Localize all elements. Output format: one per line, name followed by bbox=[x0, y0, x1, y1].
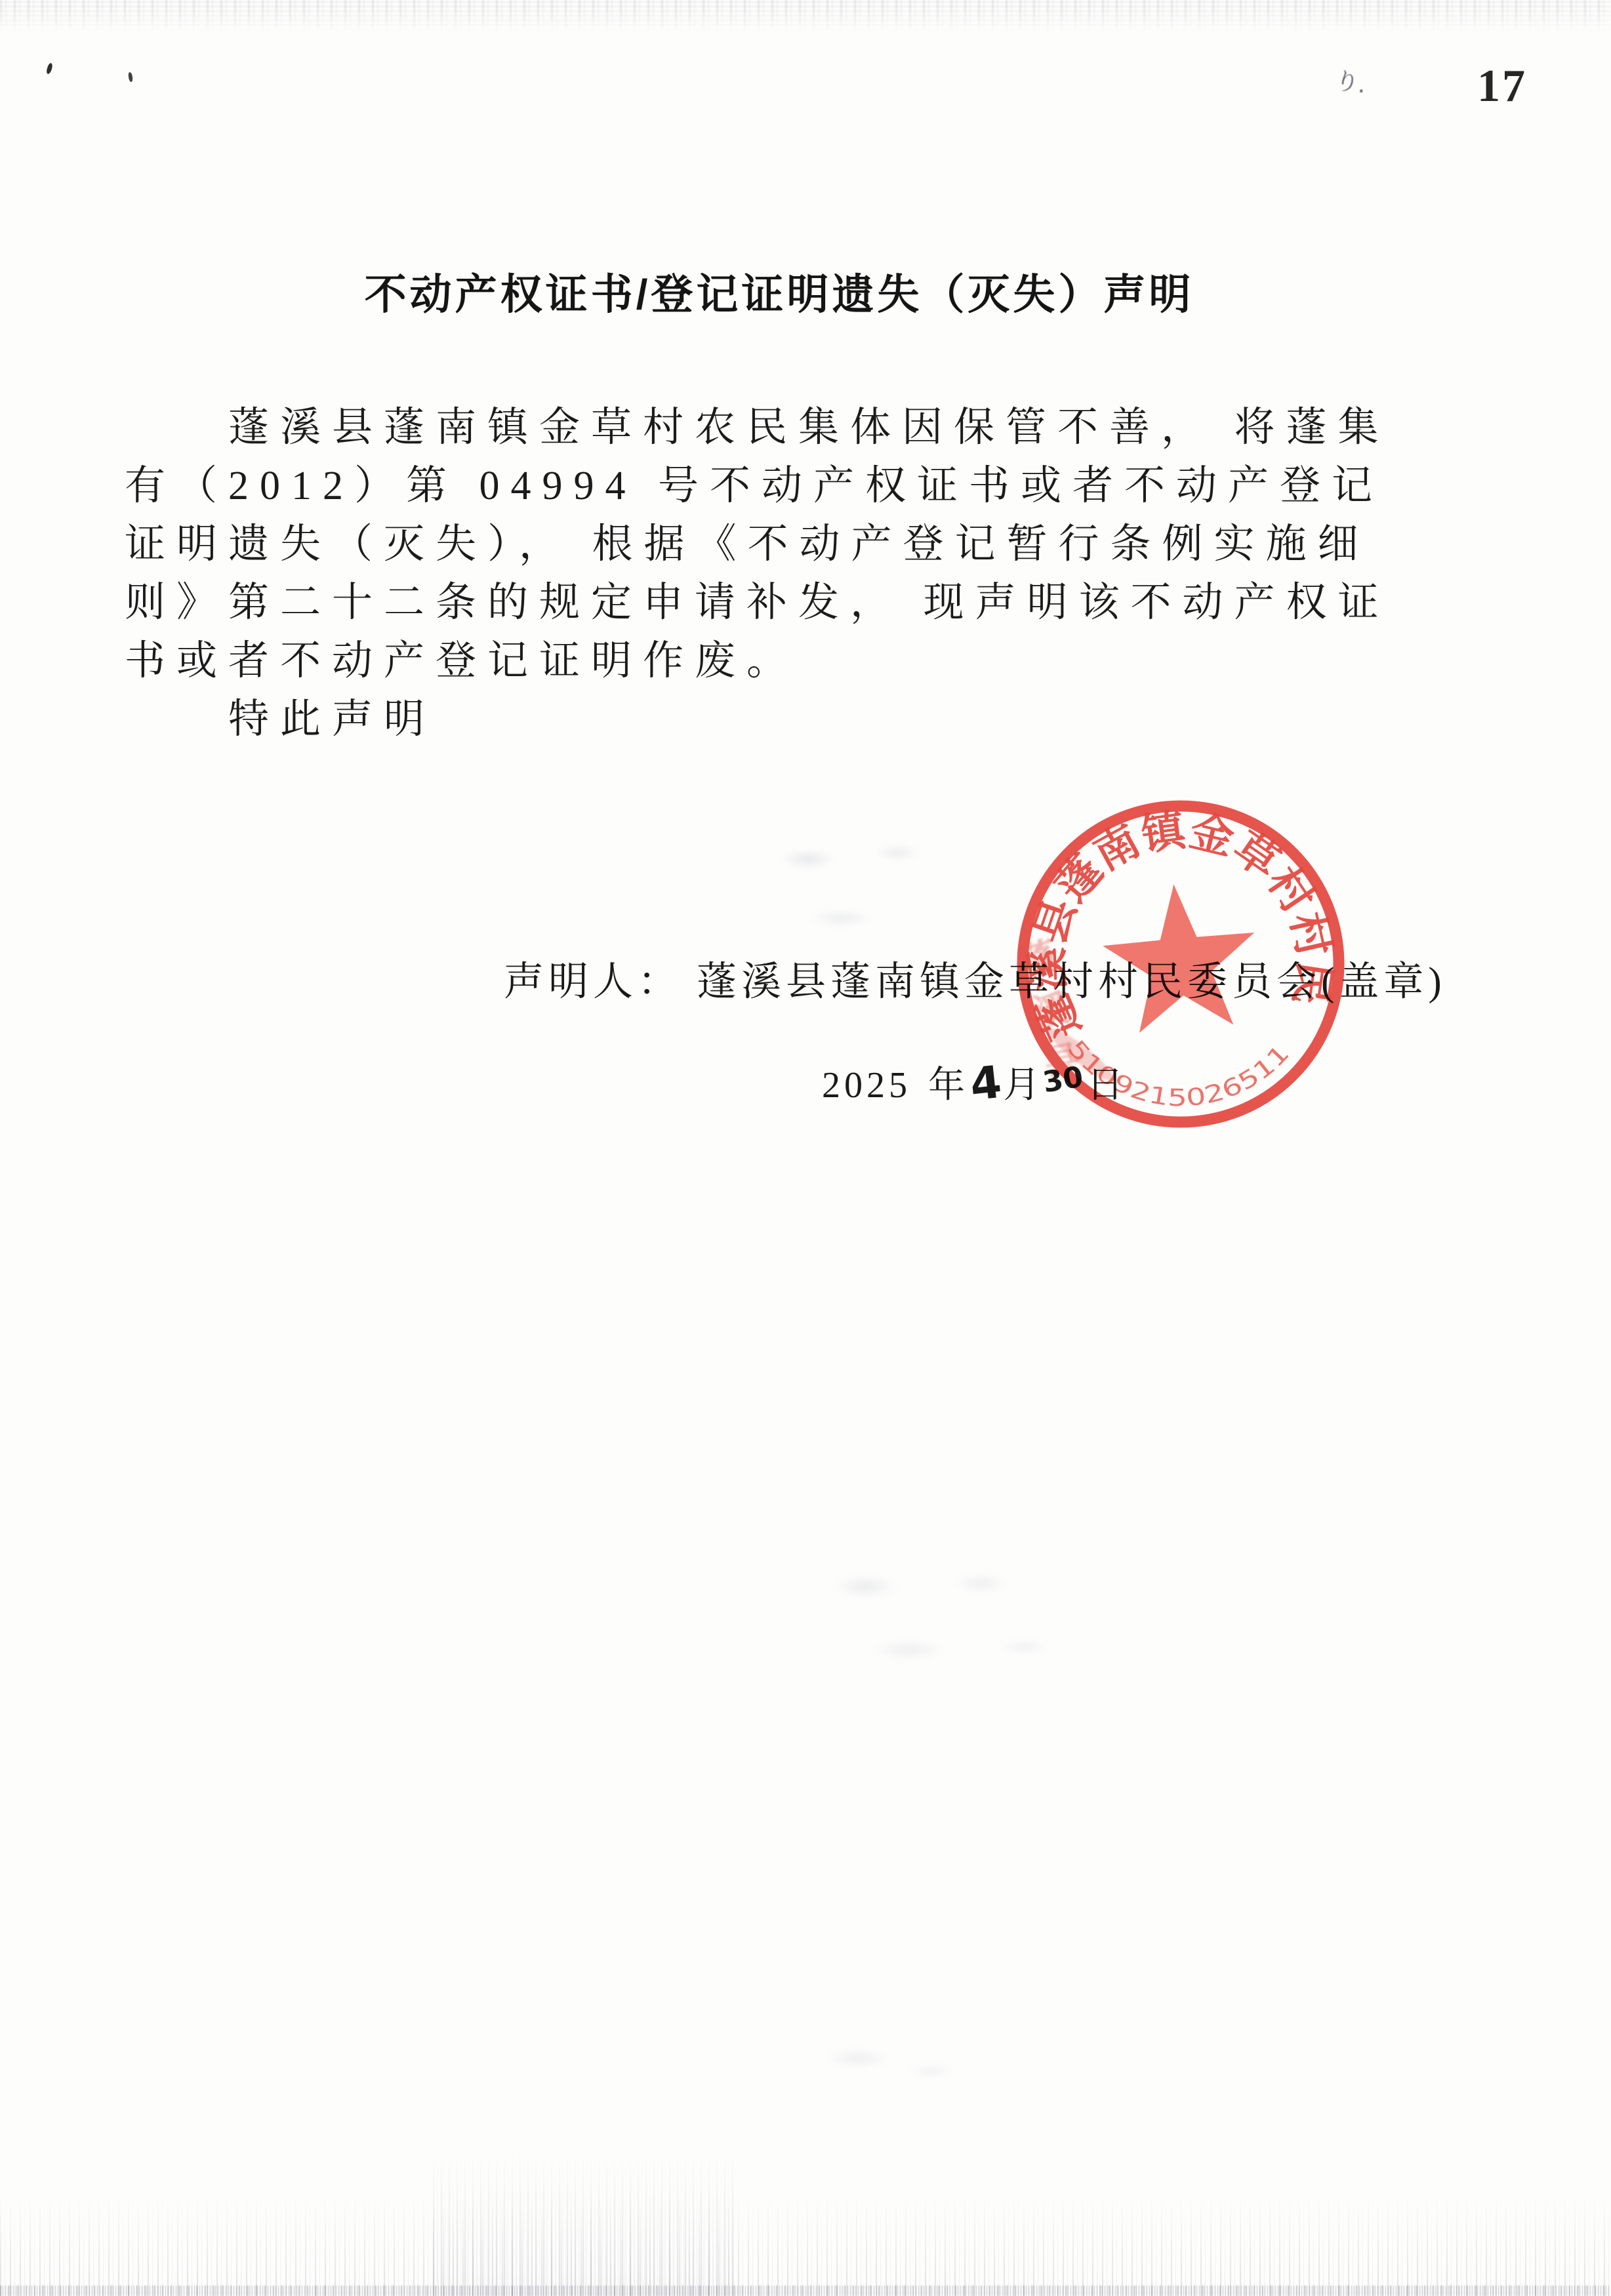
ink-speck bbox=[46, 62, 54, 74]
bleed-through-smudge bbox=[794, 1541, 1082, 1692]
body-line: 证明遗失（灭失）， 根据《不动产登记暂行条例实施细 bbox=[125, 515, 1450, 574]
stray-ink-mark: り. bbox=[1333, 62, 1370, 100]
date-month-handwritten: 4 bbox=[968, 1057, 1005, 1112]
date-day-handwritten: 30 bbox=[1041, 1060, 1086, 1100]
bleed-through-smudge bbox=[741, 820, 964, 951]
scan-noise-bottom bbox=[433, 2145, 735, 2296]
body-line: 则》第二十二条的规定申请补发， 现声明该不动产权证 bbox=[125, 574, 1450, 632]
declarant-label: 声明人： bbox=[504, 960, 682, 1004]
body-paragraph: 蓬溪县蓬南镇金草村农民集体因保管不善， 将蓬集 有（2012）第 04994 号… bbox=[125, 399, 1450, 749]
body-line: 书或者不动产登记证明作废。 bbox=[125, 632, 1450, 691]
scan-noise-bottom-edge bbox=[0, 2286, 1611, 2296]
document-title: 不动产权证书/登记证明遗失（灭失）声明 bbox=[0, 261, 1585, 321]
scan-noise-top bbox=[0, 0, 1611, 39]
body-line: 蓬溪县蓬南镇金草村农民集体因保管不善， 将蓬集 bbox=[125, 399, 1450, 457]
date-month-unit: 月 bbox=[1003, 1065, 1041, 1106]
ink-speck bbox=[128, 72, 133, 83]
date-year: 2025 bbox=[822, 1065, 911, 1106]
declarant-line: 声明人：蓬溪县蓬南镇金草村村民委员会(盖章) bbox=[504, 950, 1446, 1007]
body-line: 有（2012）第 04994 号不动产权证书或者不动产登记 bbox=[125, 457, 1450, 515]
scan-noise-bottom bbox=[0, 2185, 1611, 2296]
closing-line: 特此声明 bbox=[125, 691, 1450, 749]
date-year-unit: 年 bbox=[928, 1065, 966, 1106]
page-number: 17 bbox=[1477, 60, 1527, 113]
declarant-name: 蓬溪县蓬南镇金草村村民委员会(盖章) bbox=[697, 960, 1446, 1004]
date-day-unit: 日 bbox=[1087, 1065, 1125, 1106]
bleed-through-smudge bbox=[774, 2020, 984, 2105]
scanned-document-page: 17 り. 不动产权证书/登记证明遗失（灭失）声明 蓬溪县蓬南镇金草村农民集体因… bbox=[0, 0, 1611, 2296]
date-line: 2025年4月30日 bbox=[822, 1056, 1125, 1108]
